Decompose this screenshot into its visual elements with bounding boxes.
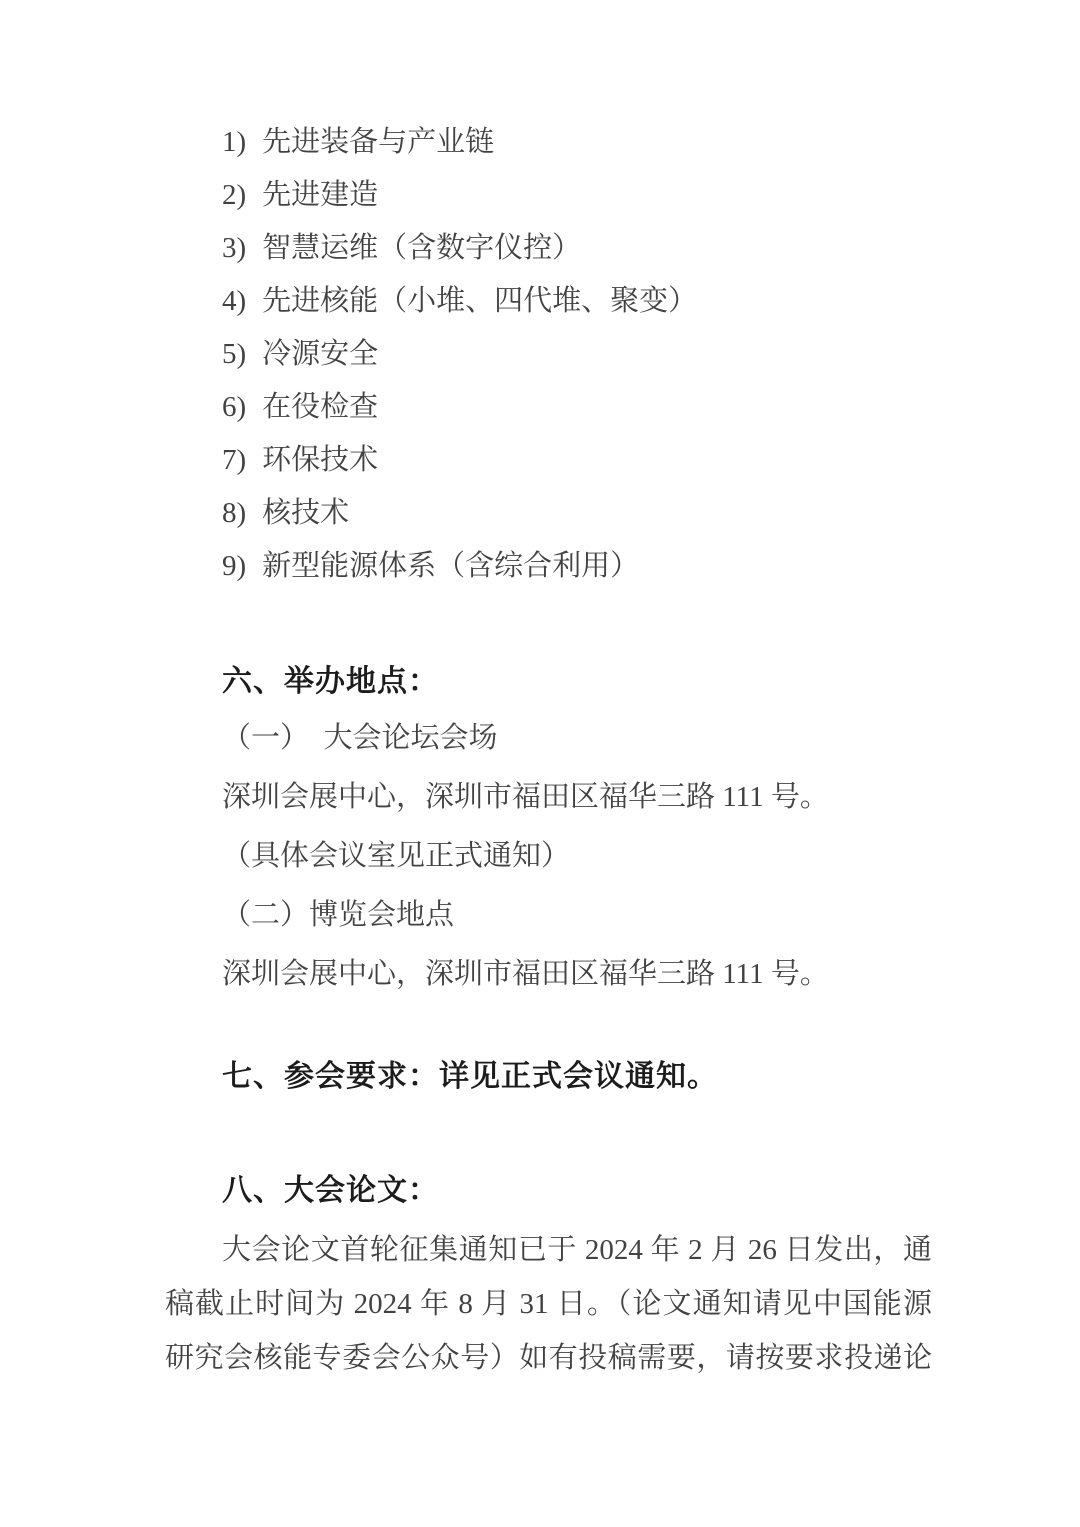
list-item-number: 1) [222,126,246,158]
document-page: 1)先进装备与产业链 2)先进建造 3)智慧运维（含数字仪控） 4)先进核能（小… [0,0,1080,1527]
list-item-number: 8) [222,497,246,529]
list-item: 4)先进核能（小堆、四代堆、聚变） [165,275,932,328]
papers-paragraph: 大会论文首轮征集通知已于 2024 年 2 月 26 日发出，通 稿截止时间为 … [165,1223,932,1385]
list-item: 2)先进建造 [165,169,932,222]
list-item-number: 9) [222,550,246,582]
papers-paragraph-line: 大会论文首轮征集通知已于 2024 年 2 月 26 日发出，通 [165,1223,932,1277]
section-papers: 八、大会论文： 大会论文首轮征集通知已于 2024 年 2 月 26 日发出，通… [165,1164,932,1385]
venue-expo-address: 深圳会展中心，深圳市福田区福华三路 111 号。 [165,945,932,1004]
list-item-text: 核技术 [262,497,349,529]
list-item: 6)在役检查 [165,381,932,434]
venue-forum-subheading: （一） 大会论坛会场 [165,709,932,768]
section-venue-heading: 六、举办地点： [165,655,932,709]
list-item-number: 7) [222,444,246,476]
list-item-number: 6) [222,391,246,423]
list-item-text: 先进装备与产业链 [262,126,494,158]
section-venue: 六、举办地点： （一） 大会论坛会场 深圳会展中心，深圳市福田区福华三路 111… [165,655,932,1004]
list-item: 7)环保技术 [165,434,932,487]
list-item-number: 5) [222,338,246,370]
list-item: 9)新型能源体系（含综合利用） [165,540,932,593]
list-item-text: 环保技术 [262,444,378,476]
list-item-number: 4) [222,285,246,317]
list-item-text: 先进建造 [262,179,378,211]
topic-list: 1)先进装备与产业链 2)先进建造 3)智慧运维（含数字仪控） 4)先进核能（小… [165,116,932,593]
section-requirements: 七、参会要求：详见正式会议通知。 [165,1050,932,1104]
papers-paragraph-line: 研究会核能专委会公众号）如有投稿需要，请按要求投递论 [165,1331,932,1385]
list-item: 8)核技术 [165,487,932,540]
section-papers-heading: 八、大会论文： [165,1164,932,1218]
papers-paragraph-line: 稿截止时间为 2024 年 8 月 31 日。（论文通知请见中国能源 [165,1277,932,1331]
section-requirements-heading: 七、参会要求：详见正式会议通知。 [165,1050,932,1104]
venue-expo-subheading: （二）博览会地点 [165,886,932,945]
list-item: 1)先进装备与产业链 [165,116,932,169]
list-item-text: 新型能源体系（含综合利用） [262,550,639,582]
list-item-text: 先进核能（小堆、四代堆、聚变） [262,285,697,317]
list-item: 3)智慧运维（含数字仪控） [165,222,932,275]
list-item-number: 2) [222,179,246,211]
list-item-text: 在役检查 [262,391,378,423]
venue-forum-note: （具体会议室见正式通知） [165,827,932,886]
list-item-text: 冷源安全 [262,338,378,370]
list-item: 5)冷源安全 [165,328,932,381]
venue-forum-address: 深圳会展中心，深圳市福田区福华三路 111 号。 [165,768,932,827]
list-item-text: 智慧运维（含数字仪控） [262,232,581,264]
list-item-number: 3) [222,232,246,264]
